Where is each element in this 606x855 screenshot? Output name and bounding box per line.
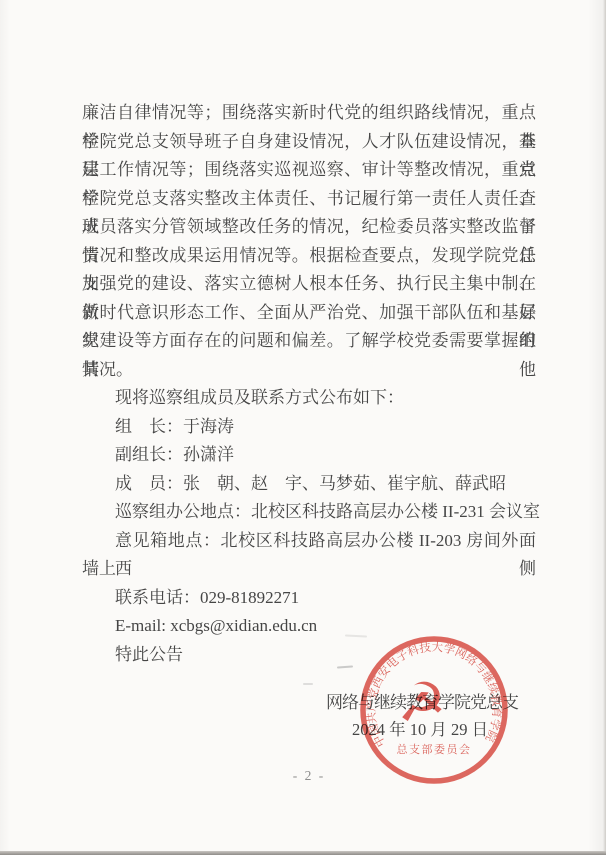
deputy-leader-line: 副组长：孙潇洋: [82, 441, 536, 470]
team-leader-line: 组 长：于海涛: [82, 413, 536, 442]
body-line: 成员落实分管领域整改任务的情况，纪检委员落实整改监督责任: [82, 213, 536, 242]
notice-intro-line: 现将巡察组成员及联系方式公布如下：: [82, 384, 536, 413]
body-line: 织建设等方面存在的问题和偏差。了解学校党委需要掌握的其他: [82, 327, 536, 356]
body-line: 学院党总支落实整改主体责任、书记履行第一责任人责任、班子: [82, 185, 536, 214]
members-line: 成 员：张 朝、赵 宇、马梦茹、崔宇航、薛武昭: [82, 470, 536, 499]
document-page: 廉洁自律情况等；围绕落实新时代党的组织路线情况，重点检查 学院党总支领导班子自身…: [0, 0, 606, 855]
body-line: 廉洁自律情况等；围绕落实新时代党的组织路线情况，重点检查: [82, 99, 536, 128]
body-line: 学院党总支领导班子自身建设情况，人才队伍建设情况，基层党: [82, 128, 536, 157]
seal-bottom-text: 总支部委员会: [397, 742, 472, 756]
mailbox-location-line: 意见箱地点：北校区科技路高层办公楼 II-203 房间外面西侧: [82, 527, 536, 556]
page-number: - 2 -: [82, 768, 536, 784]
scan-edge-bottom: [0, 851, 606, 855]
body-line: 加强党的建设、落实立德树人根本任务、执行民主集中制、做好: [82, 270, 536, 299]
body-line: 新时代意识形态工作、全面从严治党、加强干部队伍和基层党组: [82, 299, 536, 328]
scan-edge-shade-left: [0, 0, 10, 855]
document-body: 廉洁自律情况等；围绕落实新时代党的组织路线情况，重点检查 学院党总支领导班子自身…: [82, 99, 536, 669]
hammer-sickle-icon: ☭: [398, 671, 446, 734]
pencil-mark: [303, 683, 313, 685]
phone-line: 联系电话：029-81892271: [82, 584, 536, 613]
office-location-line: 巡察组办公地点：北校区科技路高层办公楼 II-231 会议室: [82, 498, 536, 527]
body-line: 情况和整改成果运用情况等。根据检查要点，发现学院党总支在: [82, 242, 536, 271]
body-line: 建工作情况等；围绕落实巡视巡察、审计等整改情况，重点检查: [82, 156, 536, 185]
